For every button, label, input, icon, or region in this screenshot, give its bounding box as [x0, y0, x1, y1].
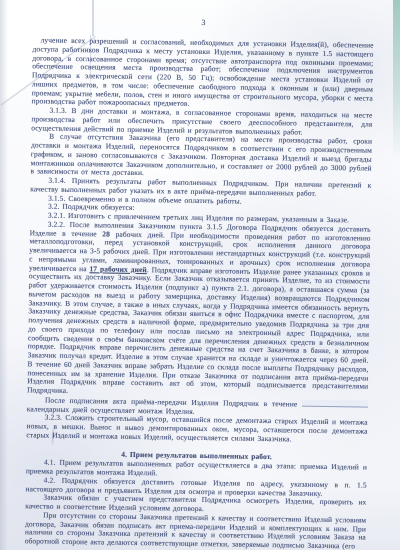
- teal-scanner-edge: [393, 0, 400, 160]
- document-body: лучение всех разрешений и согласований, …: [25, 36, 374, 550]
- left-scan-edge-shadow: [0, 0, 8, 550]
- text-segment: 3.2.3. Сложить строительный мусор, остав…: [26, 413, 367, 443]
- para-continuation: лучение всех разрешений и согласований, …: [32, 36, 374, 111]
- text-segment: лучение всех разрешений и согласований, …: [32, 35, 374, 108]
- page-number: 3: [33, 15, 374, 29]
- fill-in-blank: [302, 399, 368, 407]
- para-3-1-3-absence: В случае отсутствия Заказчика (его предс…: [30, 133, 372, 182]
- para-3-2-3: 3.2.3. Сложить строительный мусор, остав…: [26, 414, 367, 446]
- text-segment: . Подрядчик вправе изготовить Изделие ра…: [27, 265, 370, 395]
- text-segment: В случае отсутствия Заказчика (его предс…: [31, 132, 373, 177]
- para-3-2-2: 3.2.2. После выполнения Заказчиком пункт…: [27, 220, 371, 400]
- para-4-2-claims: При отсутствии со стороны Заказчика прет…: [25, 511, 367, 550]
- scanned-contract-page: 3 лучение всех разрешений и согласований…: [0, 0, 400, 550]
- document-content: 3 лучение всех разрешений и согласований…: [25, 15, 374, 550]
- text-segment: При отсутствии со стороны Заказчика прет…: [25, 510, 367, 550]
